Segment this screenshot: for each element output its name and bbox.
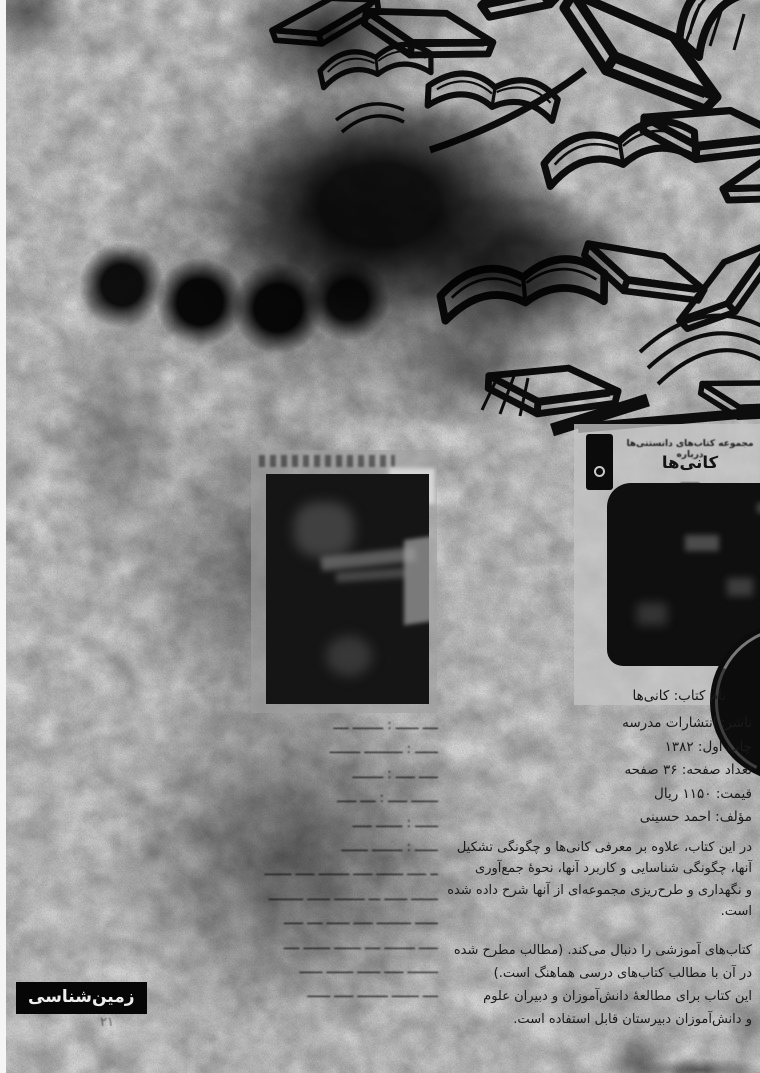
page-number: ۲۱ xyxy=(100,1015,114,1030)
obscured-line: ــــــ : ــــــــــ ــــــــ xyxy=(124,738,438,762)
detail-line: ناشر: انتشارات مدرسه xyxy=(430,712,752,736)
photo-highlight xyxy=(685,535,719,551)
book-note: کتاب‌های آموزشی را دنبال می‌کند. (مطالب … xyxy=(430,939,752,1031)
cover-scribble-text xyxy=(259,455,395,467)
book-details-column: ناشر: انتشارات مدرسهچاپ اول: ۱۳۸۲تعداد ص… xyxy=(430,712,752,1031)
book-detail-lines: ناشر: انتشارات مدرسهچاپ اول: ۱۳۸۲تعداد ص… xyxy=(430,712,752,830)
obscured-line: ــــ ــــــ : ــــــــ ــــ xyxy=(124,714,438,738)
obscured-line: ــــــ : ــــــــ ـــــــ xyxy=(124,836,438,860)
obscured-line: ـــــــ ــــــ ـــ ــــــــ ــــــ ـــــ… xyxy=(124,885,438,909)
description-line: و نگهداری و طرح‌ریزی مجموعه‌ای از آنها ش… xyxy=(430,880,752,923)
obscured-line: ـــــ ـــــ : ــــــــ xyxy=(124,763,438,787)
photo-highlight xyxy=(727,578,753,596)
note-line: و دانش‌آموزان دبیرستان قابل استفاده است. xyxy=(430,1008,752,1031)
detail-line: مؤلف: احمد حسینی xyxy=(430,806,752,830)
description-line: آنها، چگونگی شناسایی و کاربرد آنها، نحوه… xyxy=(430,858,752,880)
note-line: کتاب‌های آموزشی را دنبال می‌کند. (مطالب … xyxy=(430,939,752,962)
obscured-line: ــــ ـــــــ ــــــــ ـــــ ــــــ xyxy=(124,982,438,1006)
book-title-line: نام کتاب: کانی‌ها xyxy=(633,688,726,704)
shadowed-details-column: ــــ ــــــ : ــــــــ ــــــــــ : ــــ… xyxy=(124,714,438,1007)
publisher-logo-box xyxy=(586,434,613,490)
obscured-line: ـــــ ــــــــ ــــ ـــــــ ـــــــ ــــ xyxy=(124,934,438,958)
photo-highlight xyxy=(326,636,372,676)
photo-dark-shape xyxy=(294,502,354,557)
obscured-line: ــــــ : ـــــــ ـــــ xyxy=(124,812,438,836)
note-line: در آن با مطالب کتاب‌های درسی هماهنگ است.… xyxy=(430,962,752,985)
photo-highlight xyxy=(336,568,407,583)
detail-line: تعداد صفحه: ۳۶ صفحه xyxy=(430,759,752,783)
category-label: زمین‌شناسی xyxy=(16,982,147,1014)
scan-margin-strip xyxy=(0,0,6,1073)
obscured-line: ـــــــ ـــــ : ــــ ـــــ xyxy=(124,787,438,811)
publisher-logo-icon xyxy=(594,466,605,477)
description-line: در این کتاب، علاوه بر معرفی کانی‌ها و چگ… xyxy=(430,837,752,859)
obscured-line: ــــــــ ـــــ ــــــ ـــــــ ــــــ xyxy=(124,958,438,982)
book-description: در این کتاب، علاوه بر معرفی کانی‌ها و چگ… xyxy=(430,837,752,923)
shadowed-book-cover xyxy=(251,450,437,713)
obscured-line: ــ ـــــ ـــــــ ـــــ ــــــــ ـــــ ــ… xyxy=(124,860,438,884)
scanned-catalog-page: مجموعه کتاب‌های دانستنی‌ها درباره کانی‌ه… xyxy=(0,0,760,1073)
note-line: این کتاب برای مطالعهٔ دانش‌آموزان و دبیر… xyxy=(430,985,752,1008)
cover-photo xyxy=(607,483,760,666)
cover-title: کانی‌ها xyxy=(620,453,760,472)
obscured-line: ــــــ ـــــــــ ـــــ ــــــ ــــ ـــــ xyxy=(124,909,438,933)
detail-line: قیمت: ۱۱۵۰ ریال xyxy=(430,783,752,807)
detail-line: چاپ اول: ۱۳۸۲ xyxy=(430,736,752,760)
cover-light-wedge xyxy=(404,536,434,625)
photo-highlight xyxy=(637,603,667,625)
